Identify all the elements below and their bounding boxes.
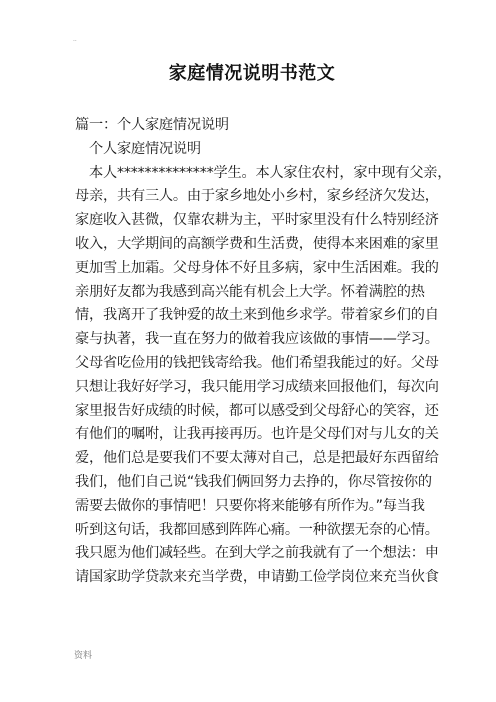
footer-mark: 资料 bbox=[74, 650, 92, 662]
document-page: .. 家庭情况说明书范文 篇一：个人家庭情况说明 个人家庭情况说明 本人****… bbox=[0, 0, 496, 702]
paragraph-line: 需要去做你的事情吧！只要你将来能够有所作为。”每当我 bbox=[75, 495, 427, 519]
paragraph-line: 家庭收入甚微，仅靠农耕为主，平时家里没有什么特别经济 bbox=[75, 209, 427, 233]
paragraph-line: 豪与执著，我一直在努力的做着我应该做的事情——学习。 bbox=[75, 328, 427, 352]
section-heading: 篇一：个人家庭情况说明 bbox=[75, 114, 427, 138]
document-title: 家庭情况说明书范文 bbox=[0, 62, 496, 86]
paragraph-line: 父母省吃俭用的钱把钱寄给我。他们希望我能过的好。父母 bbox=[75, 352, 427, 376]
header-mark: .. bbox=[73, 37, 77, 43]
paragraph-line: 听到这句话，我都回感到阵阵心痛。一种欲摆无奈的心情。 bbox=[75, 519, 427, 543]
paragraph-line: 亲朋好友都为我感到高兴能有机会上大学。怀着满腔的热 bbox=[75, 281, 427, 305]
paragraph-line: 母亲，共有三人。由于家乡地处小乡村，家乡经济欠发达， bbox=[75, 185, 427, 209]
paragraph-line: 家里报告好成绩的时候，都可以感受到父母舒心的笑容，还 bbox=[75, 400, 427, 424]
paragraph-line: 请国家助学贷款来充当学费，申请勤工俭学岗位来充当伙食 bbox=[75, 566, 427, 590]
paragraph-line: 我们，他们自己说“钱我们俩回努力去挣的，你尽管按你的 bbox=[75, 471, 427, 495]
paragraph-line: 爱，他们总是要我们不要太薄对自己，总是把最好东西留给 bbox=[75, 447, 427, 471]
subheading: 个人家庭情况说明 bbox=[75, 138, 427, 162]
paragraph-line: 本人**************学生。本人家住农村，家中现有父亲， bbox=[75, 162, 427, 186]
paragraph-line: 有他们的嘱咐，让我再接再历。也许是父母们对与儿女的关 bbox=[75, 423, 427, 447]
paragraph-line: 收入，大学期间的高额学费和生活费，使得本来困难的家里 bbox=[75, 233, 427, 257]
paragraph-line: 只想让我好好学习，我只能用学习成绩来回报他们，每次向 bbox=[75, 376, 427, 400]
document-body: 篇一：个人家庭情况说明 个人家庭情况说明 本人**************学生。… bbox=[75, 114, 427, 590]
paragraph-line: 我只愿为他们减轻些。在到大学之前我就有了一个想法：申 bbox=[75, 542, 427, 566]
paragraph-line: 情，我离开了我钟爱的故土来到他乡求学。带着家乡们的自 bbox=[75, 304, 427, 328]
paragraph-line: 更加雪上加霜。父母身体不好且多病，家中生活困难。我的 bbox=[75, 257, 427, 281]
